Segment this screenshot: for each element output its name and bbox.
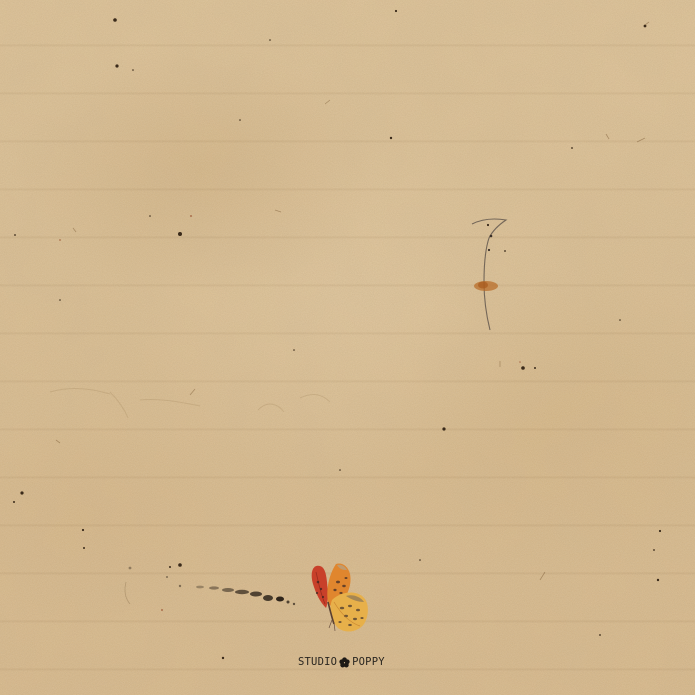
watermark-left-text: STUDIO xyxy=(298,657,337,668)
studio-poppy-watermark: STUDIO POPPY xyxy=(298,657,385,668)
butterfly-icon xyxy=(306,562,374,636)
watermark-right-text: POPPY xyxy=(352,657,385,668)
dirt-smudge xyxy=(118,560,308,620)
flower-icon xyxy=(339,657,350,668)
fiber-hook-mark xyxy=(460,210,520,340)
kraft-paper-background: STUDIO POPPY xyxy=(0,0,695,695)
